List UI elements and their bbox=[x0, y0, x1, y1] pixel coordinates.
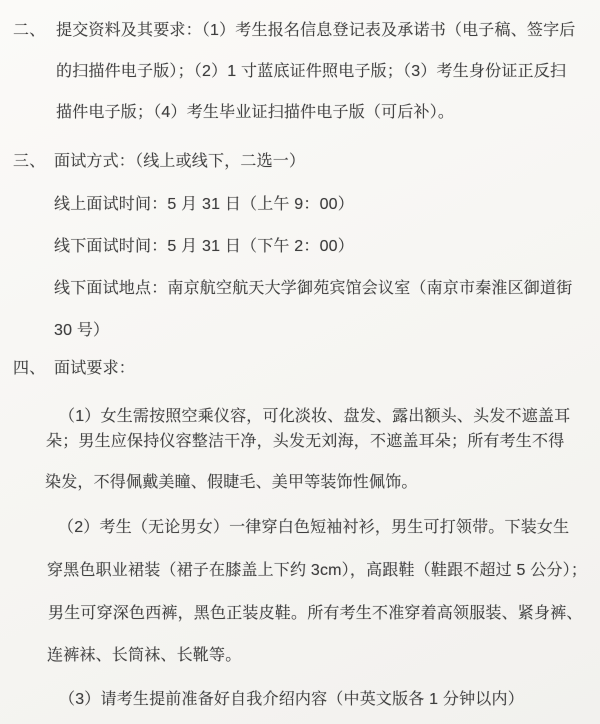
document-page: 二、 提交资料及其要求：（1）考生报名信息登记表及承诺书（电子稿、签字后 的扫描… bbox=[0, 0, 600, 724]
section-2-marker: 二、 bbox=[13, 20, 45, 42]
section-4-marker: 四、 bbox=[13, 358, 45, 380]
section-4-para-1-line-1: （1）女生需按照空乘仪容，可化淡妆、盘发、露出额头、头发不遮盖耳 bbox=[59, 406, 570, 428]
section-3-line-4: 线下面试地点：南京航空航天大学御苑宾馆会议室（南京市秦淮区御道街 bbox=[54, 278, 572, 300]
section-4-para-3-line-1: （3）请考生提前准备好自我介绍内容（中英文版各 1 分钟以内） bbox=[59, 689, 524, 711]
section-3-line-1: 面试方式：（线上或线下，二选一） bbox=[54, 151, 305, 173]
section-4-para-2-line-1: （2）考生（无论男女）一律穿白色短袖衬衫，男生可打领带。下装女生 bbox=[58, 517, 569, 539]
section-4-heading: 面试要求： bbox=[54, 358, 135, 380]
section-4-para-2-line-2: 穿黑色职业裙装（裙子在膝盖上下约 3cm），高跟鞋（鞋跟不超过 5 公分）； bbox=[47, 560, 587, 582]
section-3-marker: 三、 bbox=[13, 151, 45, 173]
section-2-line-1: 提交资料及其要求：（1）考生报名信息登记表及承诺书（电子稿、签字后 bbox=[56, 20, 576, 42]
section-3-line-5: 30 号） bbox=[54, 320, 109, 342]
section-3-line-3: 线下面试时间：5 月 31 日（下午 2：00） bbox=[54, 236, 354, 258]
section-3-line-2: 线上面试时间：5 月 31 日（上午 9：00） bbox=[54, 194, 354, 216]
section-2-line-2: 的扫描件电子版）；（2）1 寸蓝底证件照电子版；（3）考生身份证正反扫 bbox=[56, 61, 566, 83]
section-4-para-1-line-3: 染发，不得佩戴美瞳、假睫毛、美甲等装饰性佩饰。 bbox=[45, 472, 418, 494]
section-4-para-2-line-3: 男生可穿深色西裤，黑色正装皮鞋。所有考生不准穿着高领服装、紧身裤、 bbox=[48, 603, 583, 625]
section-2-line-3: 描件电子版；（4）考生毕业证扫描件电子版（可后补）。 bbox=[56, 102, 454, 124]
section-4-para-2-line-4: 连裤袜、长筒袜、长靴等。 bbox=[47, 645, 241, 667]
section-4-para-1-line-2: 朵；男生应保持仪容整洁干净，头发无刘海，不遮盖耳朵；所有考生不得 bbox=[46, 431, 564, 453]
